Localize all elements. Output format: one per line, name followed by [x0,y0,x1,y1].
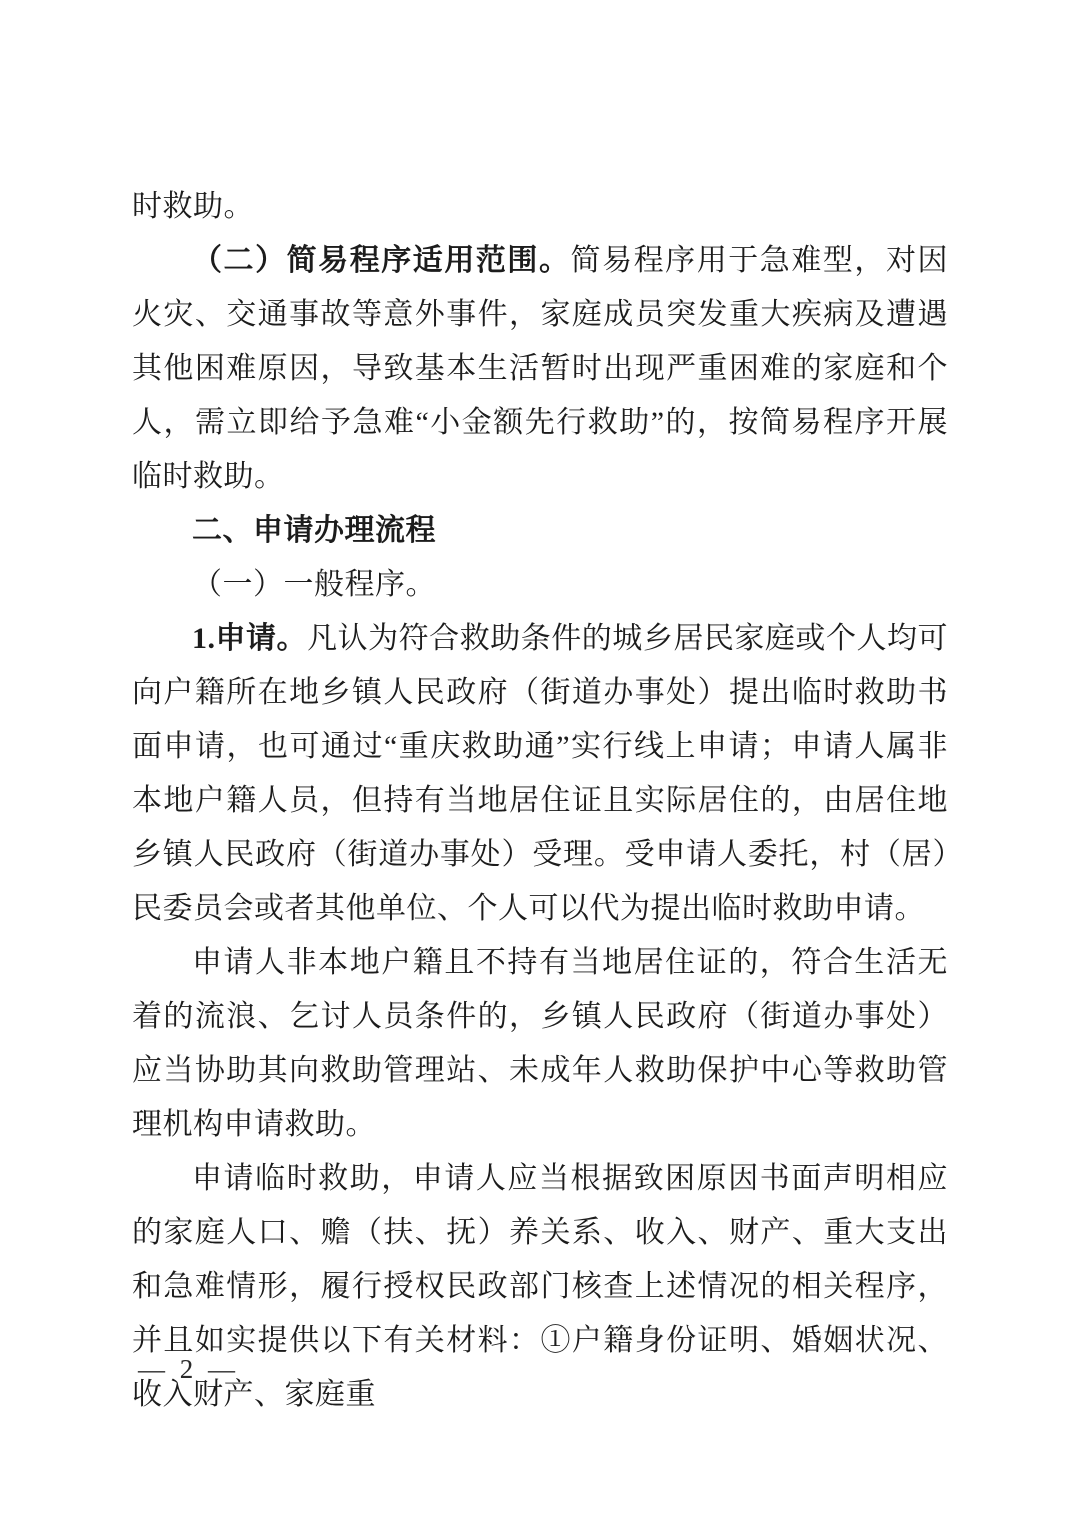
section-heading-application-process: 二、申请办理流程 [132,504,948,558]
paragraph-lead-simple-procedure: （二）简易程序适用范围。 [192,244,571,277]
paragraph-text-simple-procedure: 简易程序用于急难型，对因火灾、交通事故等意外事件，家庭成员突发重大疾病及遭遇其他… [132,244,948,493]
paragraph-lead-application: 1.申请。 [192,622,307,655]
paragraph-non-local-applicants: 申请人非本地户籍且不持有当地居住证的，符合生活无着的流浪、乞讨人员条件的，乡镇人… [132,936,948,1152]
document-page: 时救助。 （二）简易程序适用范围。简易程序用于急难型，对因火灾、交通事故等意外事… [0,0,1074,1520]
document-body: 时救助。 （二）简易程序适用范围。简易程序用于急难型，对因火灾、交通事故等意外事… [132,180,948,1422]
paragraph-application: 1.申请。凡认为符合救助条件的城乡居民家庭或个人均可向户籍所在地乡镇人民政府（街… [132,612,948,936]
paragraph-required-materials: 申请临时救助，申请人应当根据致困原因书面声明相应的家庭人口、赡（扶、抚）养关系、… [132,1152,948,1422]
paragraph-continuation: 时救助。 [132,180,948,234]
subsection-heading-general-procedure: （一）一般程序。 [132,558,948,612]
paragraph-text-application: 凡认为符合救助条件的城乡居民家庭或个人均可向户籍所在地乡镇人民政府（街道办事处）… [132,622,948,925]
paragraph-simple-procedure-scope: （二）简易程序适用范围。简易程序用于急难型，对因火灾、交通事故等意外事件，家庭成… [132,234,948,504]
page-number: — 2 — [138,1352,239,1386]
